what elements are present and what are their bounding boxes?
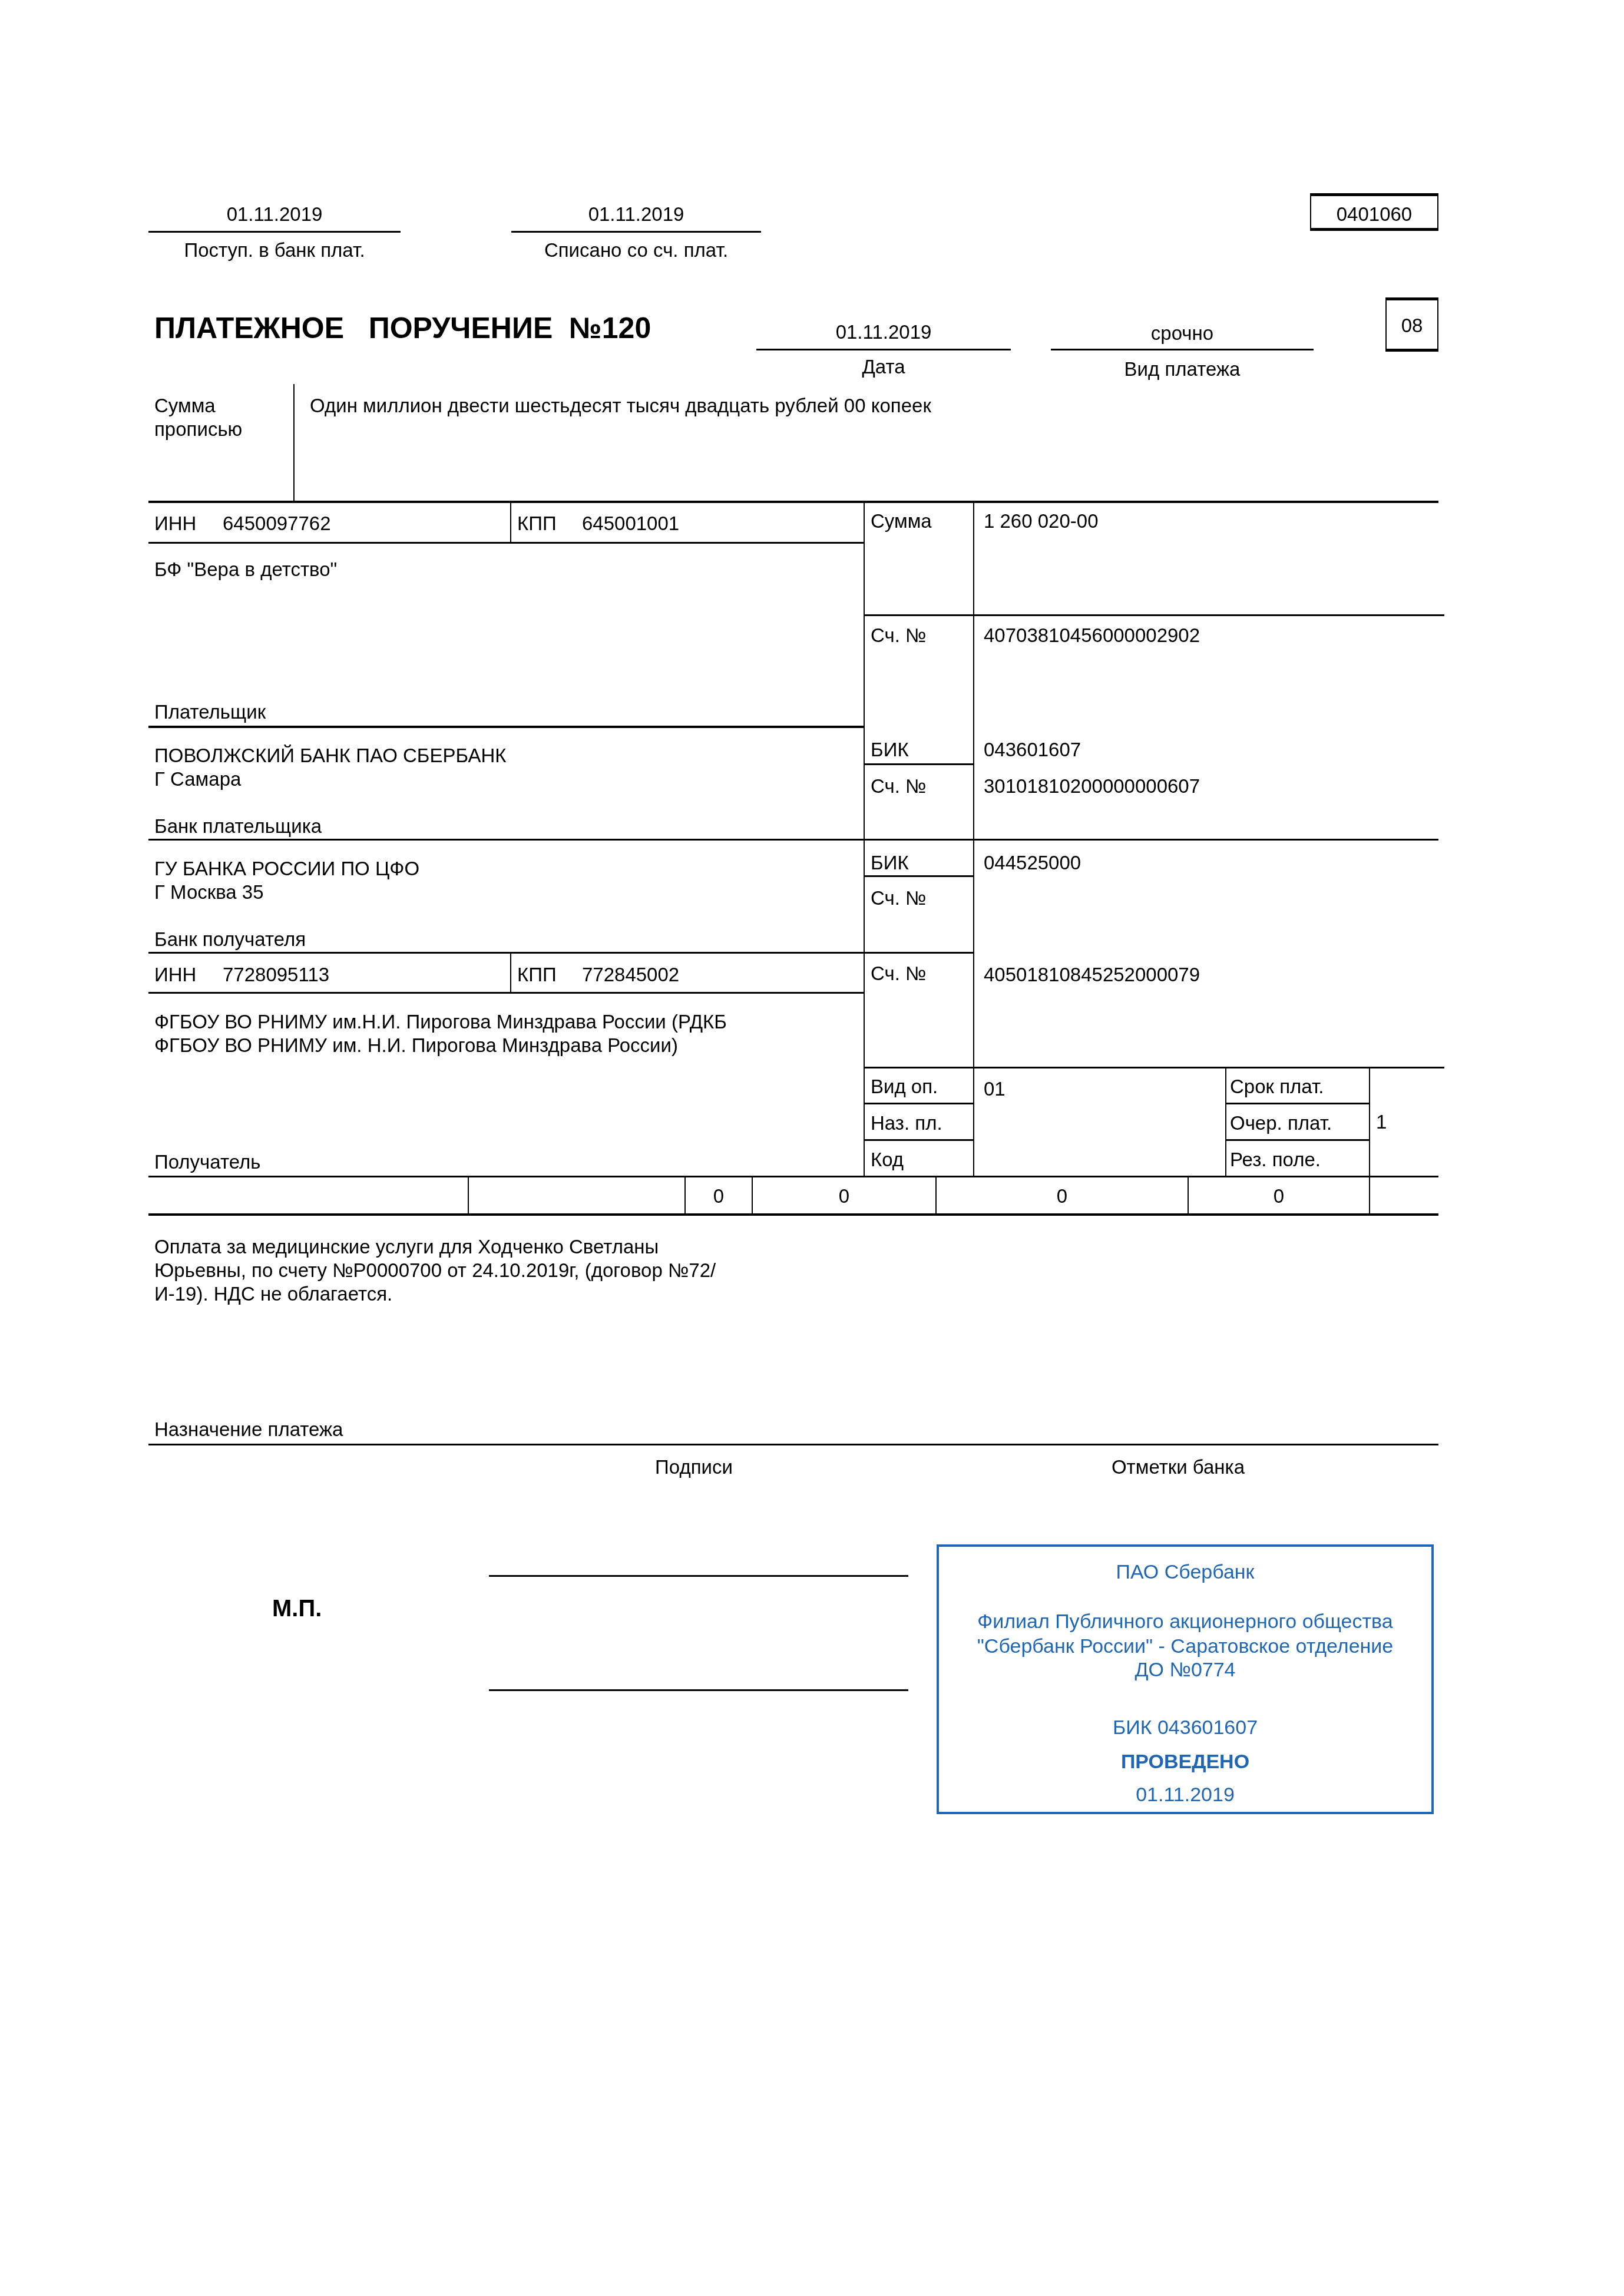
debited-date: 01.11.2019	[511, 203, 761, 226]
payee-bank-name: ГУ БАНКА РОССИИ ПО ЦФО	[154, 858, 419, 880]
divider	[864, 763, 974, 765]
payee-account: 40501810845252000079	[984, 964, 1200, 986]
payer-bank-account: 30101810200000000607	[984, 775, 1200, 798]
form-code: 0401060	[1311, 203, 1437, 226]
payer-account: 40703810456000002902	[984, 624, 1200, 647]
divider	[148, 992, 865, 994]
ocher-value: 1	[1376, 1111, 1387, 1133]
purpose-label: Назначение платежа	[154, 1418, 343, 1441]
tax-field-3: 0	[686, 1185, 752, 1207]
received-date: 01.11.2019	[148, 203, 401, 226]
payment-type: срочно	[1051, 322, 1314, 345]
payee-bank-bik: 044525000	[984, 852, 1081, 874]
payer-bank-city: Г Самара	[154, 768, 241, 790]
divider	[293, 384, 295, 502]
payer-label: Плательщик	[154, 701, 266, 723]
status-code: 08	[1387, 315, 1437, 337]
payee-account-label: Сч. №	[871, 962, 926, 985]
amount-words-label-1: Сумма	[154, 395, 216, 417]
rez-label: Рез. поле.	[1230, 1149, 1321, 1171]
divider	[1051, 349, 1314, 350]
signatures-label: Подписи	[600, 1456, 788, 1478]
payer-kpp: 645001001	[582, 512, 679, 535]
payee-name-line-2: ФГБОУ ВО РНИМУ им. Н.И. Пирогова Минздра…	[154, 1034, 678, 1057]
divider	[864, 614, 1444, 616]
stamp-bank: ПАО Сбербанк	[939, 1560, 1431, 1584]
kod-label: Код	[871, 1149, 904, 1171]
payee-kpp: 772845002	[582, 964, 679, 986]
payee-name-line-1: ФГБОУ ВО РНИМУ им.Н.И. Пирогова Минздрав…	[154, 1011, 727, 1033]
divider	[1225, 1139, 1370, 1141]
srok-label: Срок плат.	[1230, 1076, 1324, 1098]
stamp-bik: БИК 043601607	[939, 1715, 1431, 1740]
tax-field-4: 0	[753, 1185, 935, 1207]
divider	[148, 542, 865, 544]
payer-account-label: Сч. №	[871, 624, 926, 647]
divider	[1225, 1067, 1226, 1177]
payee-bank-city: Г Москва 35	[154, 881, 264, 904]
divider	[864, 1067, 1444, 1068]
divider	[148, 1176, 1438, 1177]
tax-field-5: 0	[937, 1185, 1188, 1207]
divider	[510, 502, 511, 543]
seal-label: М.П.	[272, 1595, 322, 1622]
divider	[148, 839, 1438, 841]
naz-pl-label: Наз. пл.	[871, 1112, 942, 1134]
payee-bank-label: Банк получателя	[154, 928, 306, 951]
bank-marks-label: Отметки банка	[1072, 1456, 1284, 1478]
payer-bank-account-label: Сч. №	[871, 775, 926, 798]
divider	[148, 1213, 1438, 1216]
payer-inn: 6450097762	[223, 512, 331, 535]
divider	[864, 1103, 974, 1104]
status-code-box: 08	[1385, 297, 1438, 352]
purpose-line-1: Оплата за медицинские услуги для Ходченк…	[154, 1236, 659, 1258]
payee-inn-label: ИНН	[154, 964, 196, 986]
divider	[1225, 1103, 1370, 1104]
stamp-date: 01.11.2019	[939, 1782, 1431, 1807]
amount-words-label-2: прописью	[154, 418, 242, 441]
stamp-status: ПРОВЕДЕНО	[939, 1749, 1431, 1774]
payer-bank-name: ПОВОЛЖСКИЙ БАНК ПАО СБЕРБАНК	[154, 745, 507, 767]
vid-op-value: 01	[984, 1078, 1006, 1100]
ocher-label: Очер. плат.	[1230, 1112, 1332, 1134]
stamp-branch-line-3: ДО №0774	[939, 1658, 1431, 1682]
date-label: Дата	[756, 356, 1011, 378]
document-date: 01.11.2019	[756, 321, 1011, 343]
page-title: ПЛАТЕЖНОЕ ПОРУЧЕНИЕ №120	[154, 311, 651, 345]
signature-line-1	[489, 1575, 908, 1577]
signature-line-2	[489, 1689, 908, 1691]
stamp-branch-line-2: "Сбербанк России" - Саратовское отделени…	[939, 1634, 1431, 1659]
payer-inn-label: ИНН	[154, 512, 196, 535]
payer-bank-bik: 043601607	[984, 739, 1081, 761]
payee-kpp-label: КПП	[517, 964, 557, 986]
amount-label: Сумма	[871, 510, 932, 532]
payer-kpp-label: КПП	[517, 512, 557, 535]
payee-bank-account-label: Сч. №	[871, 887, 926, 909]
payee-inn: 7728095113	[223, 964, 329, 986]
payer-name: БФ "Вера в детство"	[154, 558, 337, 581]
amount-value: 1 260 020-00	[984, 510, 1099, 532]
payee-bank-bik-label: БИК	[871, 852, 909, 874]
payer-bank-bik-label: БИК	[871, 739, 909, 761]
divider	[148, 1444, 1438, 1445]
divider	[148, 952, 974, 954]
divider	[148, 726, 865, 728]
received-label: Поступ. в банк плат.	[148, 239, 401, 262]
divider	[148, 231, 401, 233]
divider	[468, 1177, 469, 1213]
tax-field-6: 0	[1189, 1185, 1369, 1207]
vid-op-label: Вид оп.	[871, 1076, 938, 1098]
bank-stamp: ПАО Сбербанк Филиал Публичного акционерн…	[937, 1544, 1434, 1814]
debited-label: Списано со сч. плат.	[511, 239, 761, 262]
divider	[510, 953, 511, 993]
purpose-line-2: Юрьевны, по счету №Р0000700 от 24.10.201…	[154, 1259, 716, 1282]
payee-label: Получатель	[154, 1151, 260, 1173]
divider	[756, 349, 1011, 350]
divider	[148, 501, 1438, 503]
divider	[511, 231, 761, 233]
stamp-branch-line-1: Филиал Публичного акционерного общества	[939, 1609, 1431, 1634]
amount-words: Один миллион двести шестьдесят тысяч два…	[310, 395, 931, 417]
payer-bank-label: Банк плательщика	[154, 815, 322, 838]
purpose-line-3: И-19). НДС не облагается.	[154, 1283, 392, 1305]
payment-type-label: Вид платежа	[1051, 358, 1314, 381]
form-code-box: 0401060	[1310, 193, 1438, 231]
divider	[864, 875, 974, 877]
divider	[864, 1139, 974, 1141]
